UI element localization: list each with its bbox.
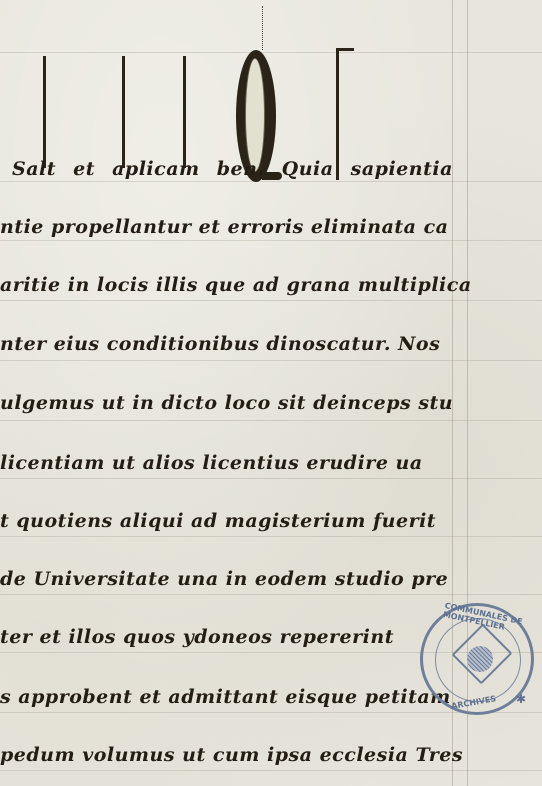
ascender-stroke (183, 56, 186, 168)
roundel-icon (467, 646, 493, 672)
horizontal-ruling-line (0, 478, 542, 479)
manuscript-line-7: t quotiens aliqui ad magisterium fuerit (0, 510, 436, 532)
manuscript-line-3: aritie in locis illis que ad grana multi… (0, 274, 472, 296)
horizontal-ruling-line (0, 770, 542, 771)
manuscript-line-10: s approbent et admittant eisque petitam (0, 686, 451, 708)
manuscript-line-6: licentiam ut alios licentius erudire ua (0, 452, 423, 474)
horizontal-ruling-line (0, 181, 542, 182)
manuscript-line-1: Salt et aplicam ben. Quia sapientia (12, 158, 453, 180)
horizontal-ruling-line (0, 300, 542, 301)
manuscript-line-4: nter eius conditionibus dinoscatur. Nos (0, 333, 440, 355)
manuscript-line-8: de Universitate una in eodem studio pre (0, 568, 448, 590)
initial-flourish (262, 6, 269, 50)
ascender-stroke (43, 56, 46, 168)
horizontal-ruling-line (0, 240, 542, 241)
horizontal-ruling-line (0, 360, 542, 361)
horizontal-ruling-line (0, 52, 542, 53)
manuscript-line-11: pedum volumus ut cum ipsa ecclesia Tres (0, 744, 463, 766)
horizontal-ruling-line (0, 420, 542, 421)
manuscript-line-9: ter et illos quos ydoneos repererint (0, 626, 394, 648)
manuscript-line-2: ntie propellantur et erroris eliminata c… (0, 216, 448, 238)
ascender-stroke (122, 56, 125, 168)
horizontal-ruling-line (0, 594, 542, 595)
archive-stamp: COMMUNALES DE MONTPELLIER ARCHIVES ✱ (420, 603, 534, 715)
star-icon: ✱ (516, 692, 526, 706)
horizontal-ruling-line (0, 536, 542, 537)
manuscript-line-5: ulgemus ut in dicto loco sit deinceps st… (0, 392, 453, 414)
initial-filigree (245, 58, 265, 172)
ascender-flag (336, 48, 354, 51)
